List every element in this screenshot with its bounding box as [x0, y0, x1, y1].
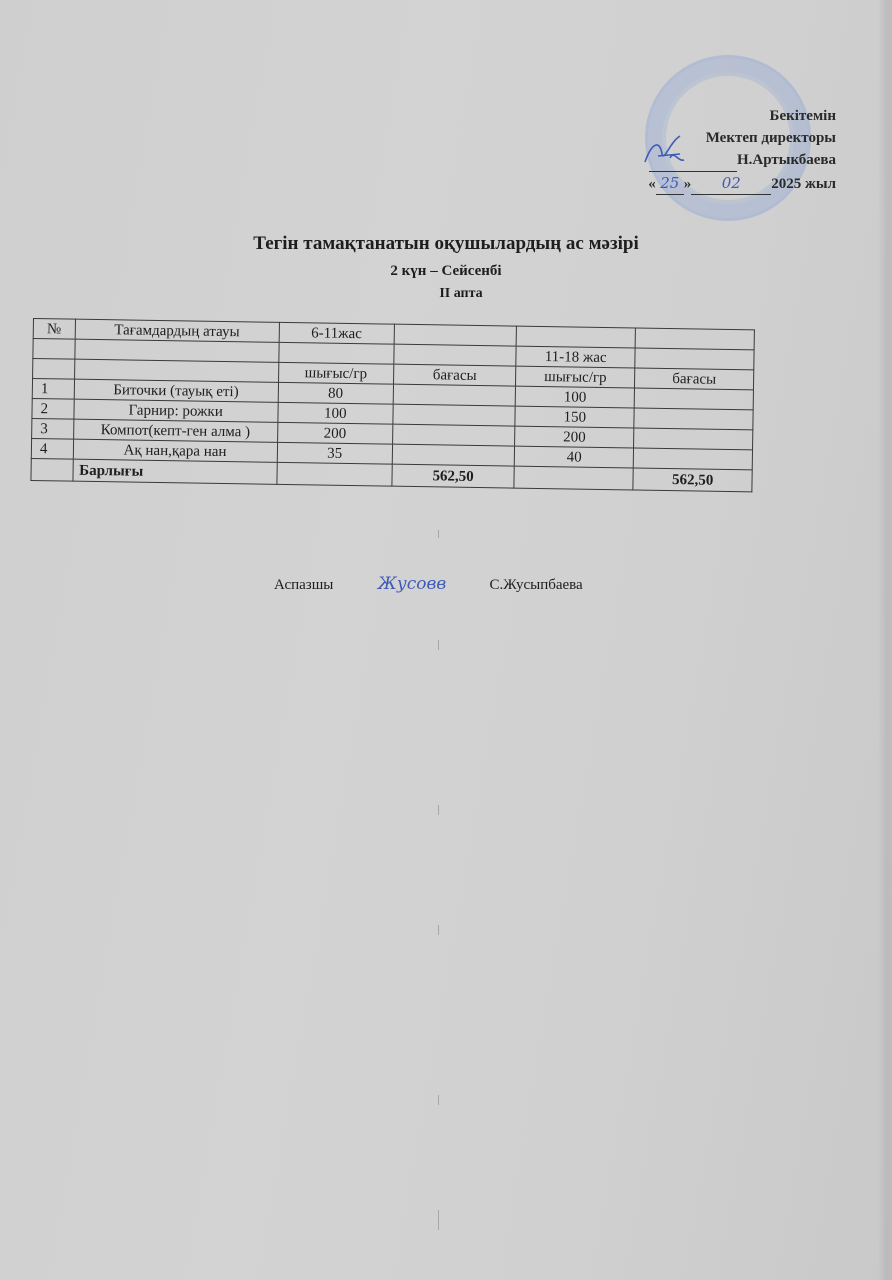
header-qty-11-18: шығыс/гр	[516, 366, 635, 388]
crease-mark	[438, 925, 439, 935]
crease-mark	[438, 1210, 439, 1230]
header-empty-price2	[635, 348, 754, 370]
date-month: 02	[691, 172, 771, 195]
crease-mark	[438, 530, 439, 538]
header-empty-num	[33, 339, 75, 360]
row-num: 4	[31, 438, 73, 459]
cook-signature: Жусовв	[378, 574, 486, 594]
header-age-11-18: 11-18 жас	[516, 346, 635, 368]
total-empty-num	[31, 458, 73, 481]
director-name: Н.Артыкбаева	[737, 152, 836, 168]
total-empty-qty2	[514, 466, 633, 490]
header-price-11-18: бағасы	[635, 368, 754, 390]
document-subtitle: 2 күн – Сейсенбі	[0, 263, 892, 280]
total-empty-qty1	[277, 462, 393, 486]
quote-open: «	[648, 176, 656, 192]
row-num: 3	[32, 418, 74, 439]
document-title: Тегін тамақтанатын оқушылардың ас мәзірі	[0, 233, 892, 255]
menu-table: № Тағамдардың атауы 6-11жас 11-18 жас шы…	[30, 318, 754, 492]
date-day: 25	[656, 172, 684, 195]
row-num: 1	[32, 379, 74, 400]
document-week: II апта	[0, 286, 892, 302]
approval-position: Мектеп директоры	[648, 127, 836, 149]
header-age-6-11: 6-11жас	[279, 322, 395, 344]
row-qty-6-11: 200	[277, 422, 393, 444]
header-empty-2	[516, 326, 635, 348]
approval-block: Бекітемін Мектеп директоры Н.Артыкбаева …	[648, 105, 836, 195]
row-price-11-18	[634, 428, 753, 450]
header-empty-qty1	[278, 342, 394, 364]
cook-role: Аспазшы	[274, 577, 374, 594]
row-price-6-11	[392, 444, 515, 466]
header-empty-price1	[394, 344, 517, 366]
date-year: 2025 жыл	[771, 176, 836, 192]
row-price-6-11	[393, 384, 516, 406]
row-price-11-18	[634, 408, 753, 430]
approval-director-line: Н.Артыкбаева	[648, 149, 836, 172]
total-price-6-11: 562,50	[392, 464, 515, 488]
crease-mark	[438, 640, 439, 650]
row-qty-11-18: 200	[515, 426, 634, 448]
menu-table-wrap: № Тағамдардың атауы 6-11жас 11-18 жас шы…	[30, 318, 754, 492]
row-price-6-11	[393, 404, 516, 426]
director-signature-line	[649, 149, 737, 172]
header-price-6-11: бағасы	[393, 364, 516, 386]
row-qty-11-18: 100	[515, 386, 634, 408]
row-price-6-11	[392, 424, 515, 446]
row-price-11-18	[634, 388, 753, 410]
cook-name: С.Жусыпбаева	[490, 577, 583, 593]
crease-mark	[438, 1095, 439, 1105]
header-empty-1	[394, 324, 517, 346]
row-qty-11-18: 40	[515, 446, 634, 468]
header-empty-num-2	[33, 359, 75, 380]
total-price-11-18: 562,50	[633, 468, 752, 492]
header-num: №	[33, 319, 75, 340]
approval-date: «25»022025 жыл	[648, 172, 836, 195]
header-qty-6-11: шығыс/гр	[278, 362, 394, 384]
row-qty-6-11: 80	[278, 382, 394, 404]
header-empty-3	[635, 328, 754, 350]
row-price-11-18	[633, 448, 752, 470]
row-qty-6-11: 100	[278, 402, 394, 424]
row-qty-11-18: 150	[515, 406, 634, 428]
cook-signoff: Аспазшы Жусовв С.Жусыпбаева	[274, 574, 583, 594]
row-qty-6-11: 35	[277, 442, 393, 464]
approval-heading: Бекітемін	[648, 105, 836, 127]
crease-mark	[438, 805, 439, 815]
row-num: 2	[32, 398, 74, 419]
page-edge-shadow	[878, 0, 892, 1280]
quote-close: »	[684, 176, 692, 192]
total-label: Барлығы	[73, 459, 277, 484]
